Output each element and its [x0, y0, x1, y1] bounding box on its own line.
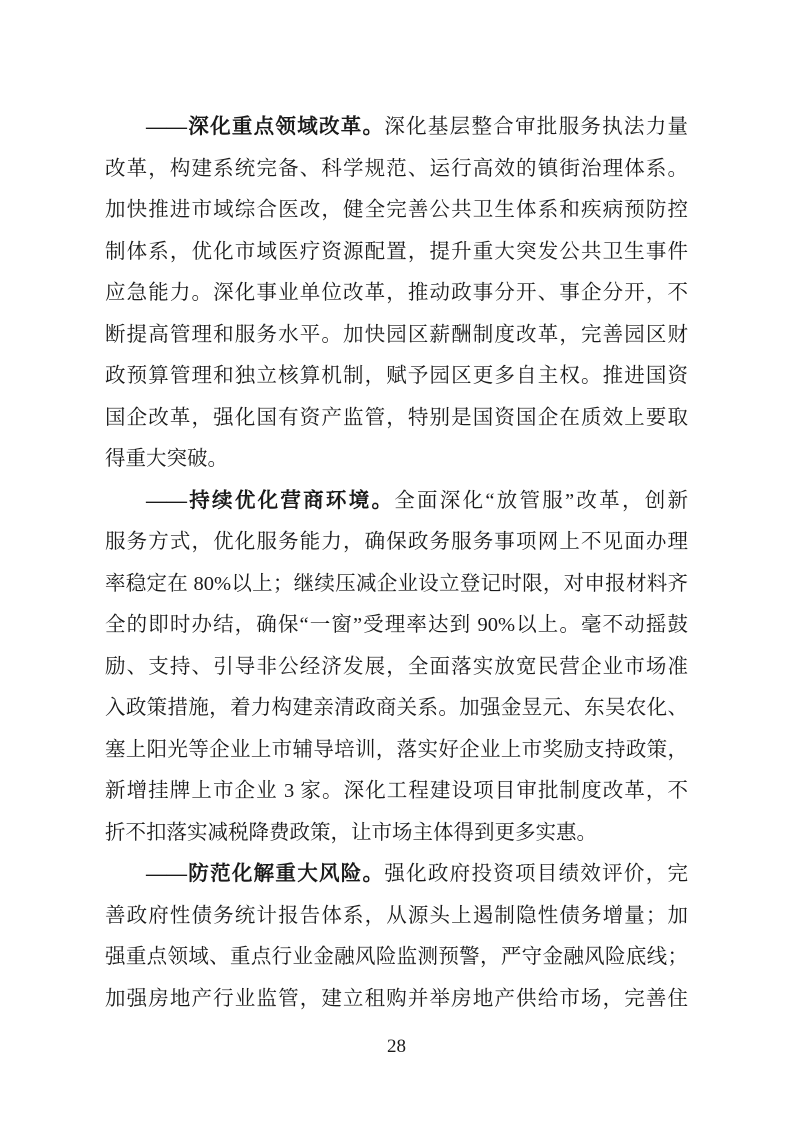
text-line: 率稳定在 80%以上；继续压减企业设立登记时限，对申报材料齐	[105, 564, 688, 606]
paragraph-2-first-line: ——持续优化营商环境。全面深化“放管服”改革，创新	[105, 481, 688, 523]
text-line: 入政策措施，着力构建亲清政商关系。加强金昱元、东吴农化、	[105, 688, 688, 730]
page-number: 28	[0, 1033, 793, 1061]
text-line: 励、支持、引导非公经济发展，全面落实放宽民营企业市场准	[105, 647, 688, 689]
text-line: 新增挂牌上市企业 3 家。深化工程建设项目审批制度改革，不	[105, 771, 688, 813]
text-line: 折不扣落实减税降费政策，让市场主体得到更多实惠。	[105, 813, 688, 855]
text-line: 善政府性债务统计报告体系，从源头上遏制隐性债务增量；加	[105, 896, 688, 938]
text-line: 应急能力。深化事业单位改革，推动政事分开、事企分开，不	[105, 273, 688, 315]
paragraph-2-heading: ——持续优化营商环境。	[146, 490, 394, 512]
text-line: 断提高管理和服务水平。加快园区薪酬制度改革，完善园区财	[105, 315, 688, 357]
text-line: 加强房地产行业监管，建立租购并举房地产供给市场，完善住	[105, 979, 688, 1021]
text-line: 政预算管理和独立核算机制，赋予园区更多自主权。推进国资	[105, 356, 688, 398]
paragraph-1-heading: ——深化重点领域改革。	[146, 116, 384, 138]
paragraph-2-first-line-text: 全面深化“放管服”改革，创新	[394, 490, 688, 512]
text-line: 改革，构建系统完备、科学规范、运行高效的镇街治理体系。	[105, 149, 688, 191]
paragraph-3-heading: ——防范化解重大风险。	[146, 863, 384, 885]
text-line: 国企改革，强化国有资产监管，特别是国资国企在质效上要取	[105, 398, 688, 440]
text-line: 得重大突破。	[105, 439, 688, 481]
paragraph-1-first-line-text: 深化基层整合审批服务执法力量	[384, 116, 688, 138]
paragraph-1-first-line: ——深化重点领域改革。深化基层整合审批服务执法力量	[105, 107, 688, 149]
text-line: 强重点领域、重点行业金融风险监测预警，严守金融风险底线；	[105, 937, 688, 979]
paragraph-3-first-line-text: 强化政府投资项目绩效评价，完	[384, 863, 688, 885]
text-line: 制体系，优化市域医疗资源配置，提升重大突发公共卫生事件	[105, 232, 688, 274]
text-line: 全的即时办结，确保“一窗”受理率达到 90%以上。毫不动摇鼓	[105, 605, 688, 647]
paragraph-3-first-line: ——防范化解重大风险。强化政府投资项目绩效评价，完	[105, 854, 688, 896]
document-body: ——深化重点领域改革。深化基层整合审批服务执法力量 改革，构建系统完备、科学规范…	[105, 107, 688, 1020]
text-line: 加快推进市域综合医改，健全完善公共卫生体系和疾病预防控	[105, 190, 688, 232]
document-page: ——深化重点领域改革。深化基层整合审批服务执法力量 改革，构建系统完备、科学规范…	[0, 0, 793, 1122]
text-line: 服务方式，优化服务能力，确保政务服务事项网上不见面办理	[105, 522, 688, 564]
text-line: 塞上阳光等企业上市辅导培训，落实好企业上市奖励支持政策，	[105, 730, 688, 772]
